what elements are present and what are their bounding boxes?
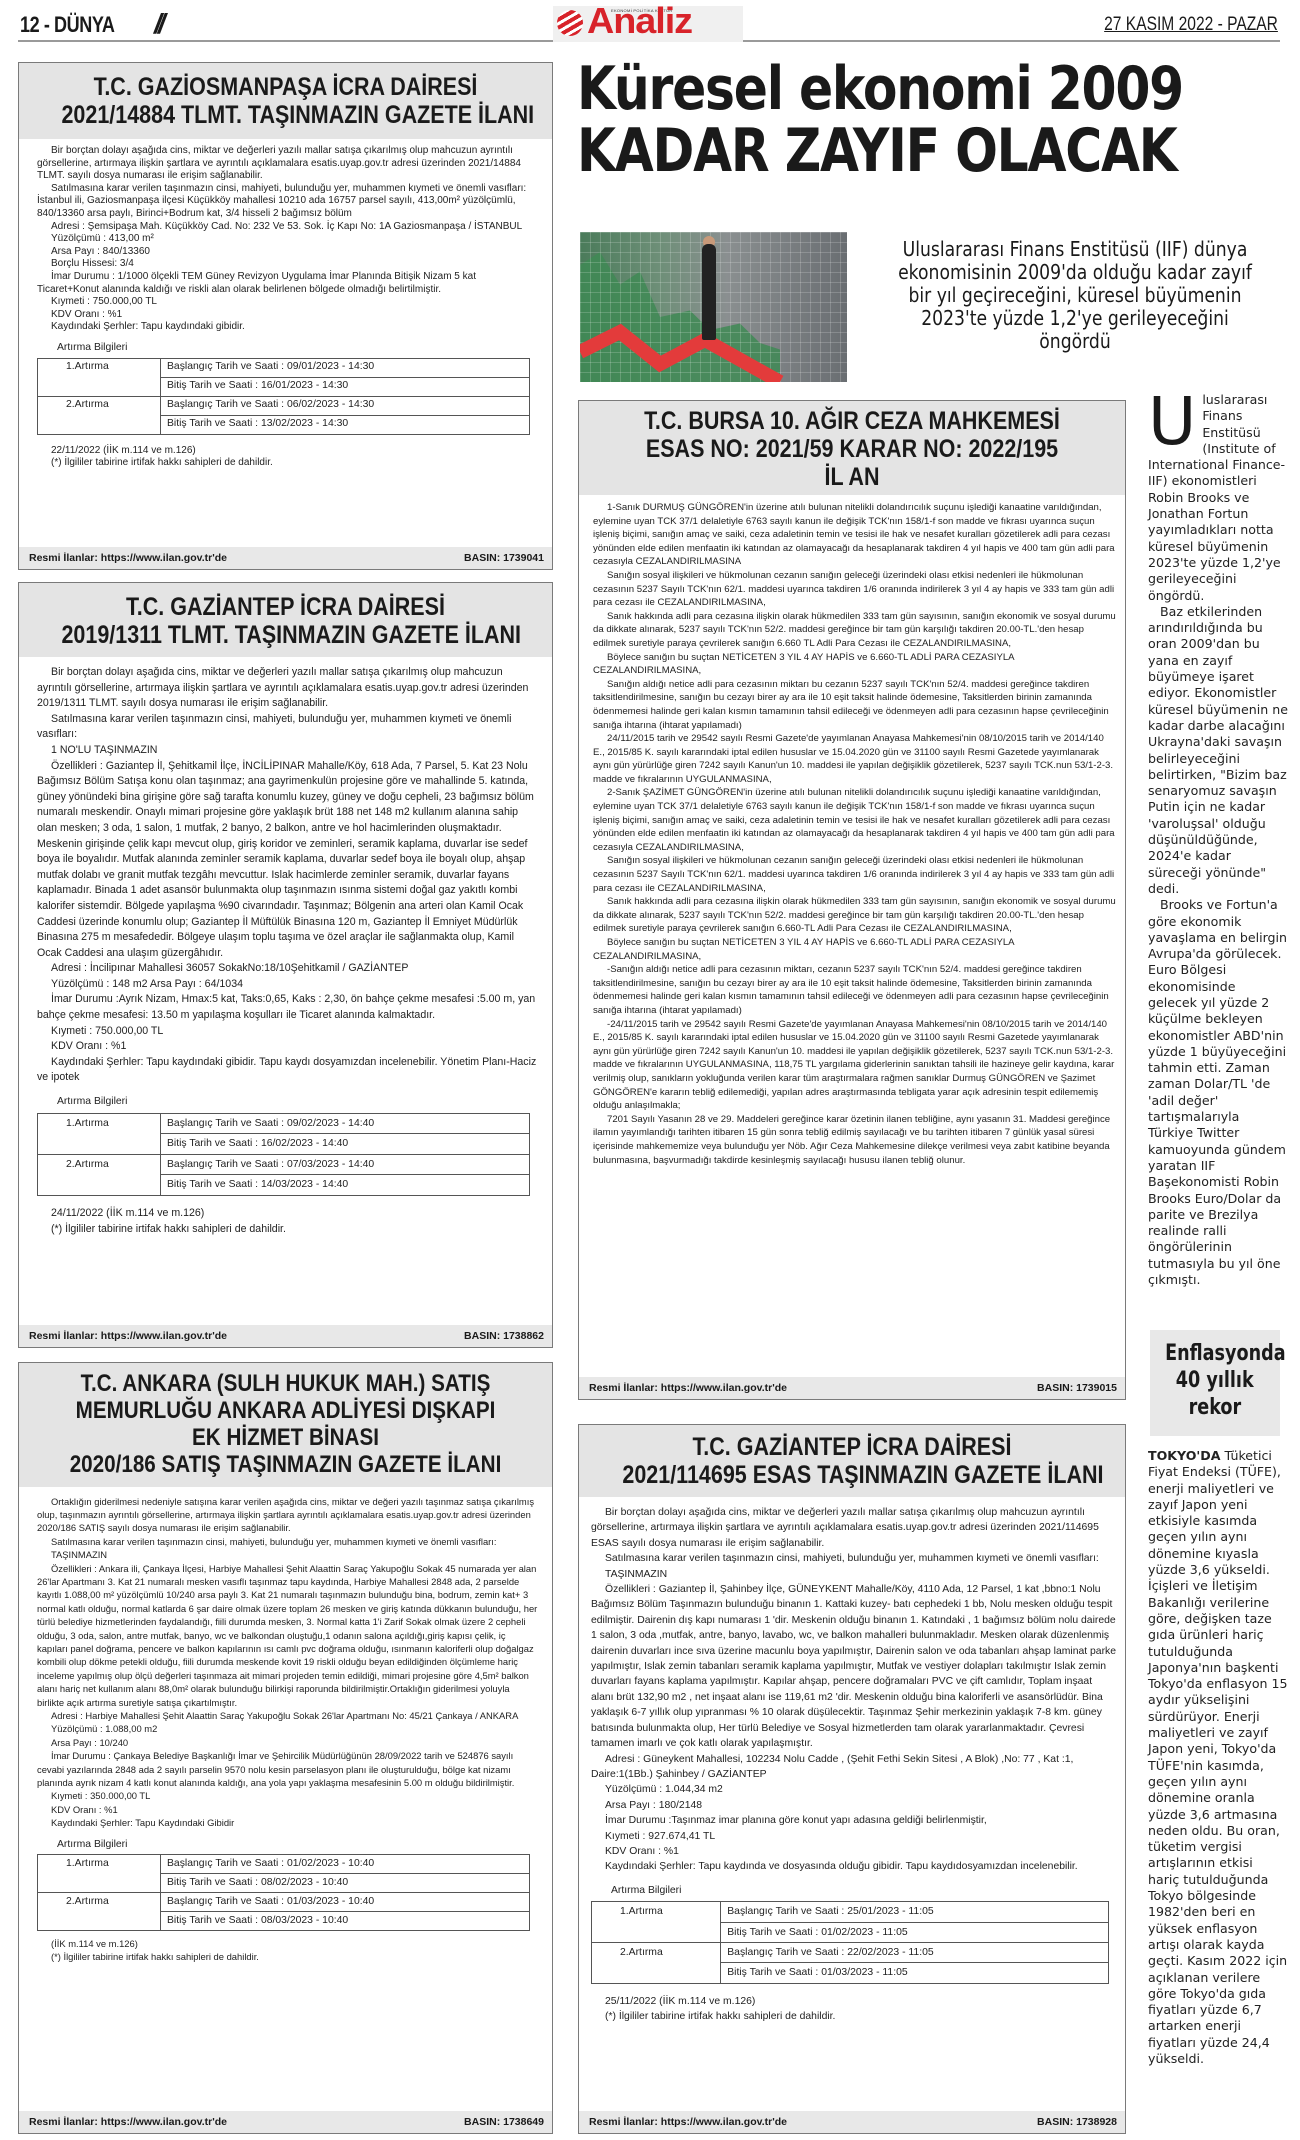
official-ads-link[interactable]: Resmi İlanlar: https://www.ilan.gov.tr'd… bbox=[29, 552, 227, 564]
table-row: 1.ArtırmaBaşlangıç Tarih ve Saati : 25/0… bbox=[592, 1902, 1109, 1922]
auction-info-title: Artırma Bilgileri bbox=[57, 342, 538, 355]
notice-date: 24/11/2022 (İİK m.114 ve m.126) bbox=[37, 1206, 538, 1222]
logo-text: Analiz bbox=[587, 0, 692, 42]
notice-note: (*) İlgililer tabirine irtifak hakkı sah… bbox=[37, 457, 538, 470]
table-row: 1.ArtırmaBaşlangıç Tarih ve Saati : 09/0… bbox=[38, 358, 530, 377]
auction-table: 1.ArtırmaBaşlangıç Tarih ve Saati : 25/0… bbox=[591, 1901, 1109, 1984]
auction-table: 1.ArtırmaBaşlangıç Tarih ve Saati : 09/0… bbox=[37, 1113, 530, 1196]
auction-info-title: Artırma Bilgileri bbox=[57, 1838, 538, 1851]
dateline: TOKYO'DA bbox=[1148, 1448, 1221, 1463]
official-ads-link[interactable]: Resmi İlanlar: https://www.ilan.gov.tr'd… bbox=[29, 1330, 227, 1342]
issue-date: 27 KASIM 2022 - PAZAR bbox=[1104, 14, 1278, 36]
auction-info-title: Artırma Bilgileri bbox=[57, 1094, 538, 1110]
article-sub-body: TOKYO'DA Tüketici Fiyat Endeksi (TÜFE), … bbox=[1148, 1448, 1288, 2067]
notice-footer: Resmi İlanlar: https://www.ilan.gov.tr'd… bbox=[579, 1377, 1125, 1399]
notice-title: T.C. ANKARA (SULH HUKUK MAH.) SATIŞ MEMU… bbox=[19, 1363, 552, 1487]
page-section-label: 12 - DÜNYA bbox=[20, 12, 114, 38]
table-row: 1.ArtırmaBaşlangıç Tarih ve Saati : 09/0… bbox=[38, 1113, 530, 1134]
official-ads-link[interactable]: Resmi İlanlar: https://www.ilan.gov.tr'd… bbox=[589, 1382, 787, 1394]
notice-body: Bir borçtan dolayı aşağıda cins, miktar … bbox=[579, 1497, 1125, 2025]
auction-info-title: Artırma Bilgileri bbox=[611, 1883, 1117, 1898]
official-ads-link[interactable]: Resmi İlanlar: https://www.ilan.gov.tr'd… bbox=[29, 2116, 227, 2128]
notice-date: 22/11/2022 (İİK m.114 ve m.126) bbox=[37, 445, 538, 458]
news-photo bbox=[580, 232, 847, 382]
notice-footer: Resmi İlanlar: https://www.ilan.gov.tr'd… bbox=[19, 1325, 552, 1347]
table-row: 2.ArtırmaBaşlangıç Tarih ve Saati : 22/0… bbox=[592, 1942, 1109, 1962]
notice-title: T.C. BURSA 10. AĞIR CEZA MAHKEMESİ ESAS … bbox=[579, 401, 1125, 495]
legal-notice-bursa-court: T.C. BURSA 10. AĞIR CEZA MAHKEMESİ ESAS … bbox=[578, 400, 1126, 1400]
article-deck: Uluslararası Finans Enstitüsü (IIF) düny… bbox=[855, 238, 1295, 353]
auction-table: 1.ArtırmaBaşlangıç Tarih ve Saati : 01/0… bbox=[37, 1854, 530, 1931]
auction-table: 1.ArtırmaBaşlangıç Tarih ve Saati : 09/0… bbox=[37, 358, 530, 435]
notice-footer: Resmi İlanlar: https://www.ilan.gov.tr'd… bbox=[19, 547, 552, 569]
notice-title: T.C. GAZİANTEP İCRA DAİRESİ 2019/1311 TL… bbox=[19, 583, 552, 657]
masthead: 12 - DÜNYA // EKONOMİ POLİTİKA KÜLTÜR An… bbox=[18, 8, 1280, 42]
notice-footer: Resmi İlanlar: https://www.ilan.gov.tr'd… bbox=[19, 2111, 552, 2133]
logo-globe-icon bbox=[557, 10, 583, 36]
legal-notice-gaziosmanpasa: T.C. GAZİOSMANPAŞA İCRA DAİRESİ 2021/148… bbox=[18, 62, 553, 570]
notice-date: (İİK m.114 ve m.126) bbox=[37, 1937, 538, 1950]
notice-body: Ortaklığın giderilmesi nedeniyle satışın… bbox=[19, 1487, 552, 1964]
subhead-inflation: Enflasyonda 40 yıllık rekor bbox=[1150, 1330, 1280, 1436]
article-body-column: Uluslararası Finans Enstitüsü (Institute… bbox=[1148, 392, 1288, 1288]
dropcap: U bbox=[1148, 394, 1196, 450]
press-number: BASIN: 1739015 bbox=[1037, 1382, 1117, 1394]
newspaper-logo[interactable]: EKONOMİ POLİTİKA KÜLTÜR Analiz bbox=[553, 6, 743, 42]
notice-body: Bir borçtan dolayı aşağıda cins, miktar … bbox=[19, 657, 552, 1237]
main-headline: Küresel ekonomi 2009 KADAR ZAYIF OLACAK bbox=[577, 58, 1297, 182]
table-row: 2.ArtırmaBaşlangıç Tarih ve Saati : 07/0… bbox=[38, 1154, 530, 1175]
notice-date: 25/11/2022 (İİK m.114 ve m.126) bbox=[591, 1994, 1117, 2009]
press-number: BASIN: 1739041 bbox=[464, 552, 544, 564]
press-number: BASIN: 1738649 bbox=[464, 2116, 544, 2128]
legal-notice-gaziantep-2021-114695: T.C. GAZİANTEP İCRA DAİRESİ 2021/114695 … bbox=[578, 1424, 1126, 2134]
legal-notice-ankara-2020-186: T.C. ANKARA (SULH HUKUK MAH.) SATIŞ MEMU… bbox=[18, 1362, 553, 2134]
notice-title: T.C. GAZİOSMANPAŞA İCRA DAİRESİ 2021/148… bbox=[19, 63, 552, 139]
notice-footer: Resmi İlanlar: https://www.ilan.gov.tr'd… bbox=[579, 2111, 1125, 2133]
notice-body: Bir borçtan dolayı aşağıda cins, miktar … bbox=[19, 139, 552, 470]
section-slash-mark: // bbox=[154, 8, 162, 40]
legal-notice-gaziantep-2019-1311: T.C. GAZİANTEP İCRA DAİRESİ 2019/1311 TL… bbox=[18, 582, 553, 1348]
notice-note: (*) İlgililer tabirine irtifak hakkı sah… bbox=[37, 1222, 538, 1238]
table-row: 2.ArtırmaBaşlangıç Tarih ve Saati : 01/0… bbox=[38, 1893, 530, 1912]
official-ads-link[interactable]: Resmi İlanlar: https://www.ilan.gov.tr'd… bbox=[589, 2116, 787, 2128]
press-number: BASIN: 1738928 bbox=[1037, 2116, 1117, 2128]
table-row: 2.ArtırmaBaşlangıç Tarih ve Saati : 06/0… bbox=[38, 396, 530, 415]
notice-note: (*) İlgililer tabirine irtifak hakkı sah… bbox=[37, 1950, 538, 1963]
notice-title: T.C. GAZİANTEP İCRA DAİRESİ 2021/114695 … bbox=[579, 1425, 1125, 1497]
notice-body: 1-Sanık DURMUŞ GÜNGÖREN'in üzerine atılı… bbox=[579, 495, 1125, 1167]
notice-note: (*) İlgililer tabirine irtifak hakkı sah… bbox=[591, 2009, 1117, 2024]
press-number: BASIN: 1738862 bbox=[464, 1330, 544, 1342]
table-row: 1.ArtırmaBaşlangıç Tarih ve Saati : 01/0… bbox=[38, 1855, 530, 1874]
